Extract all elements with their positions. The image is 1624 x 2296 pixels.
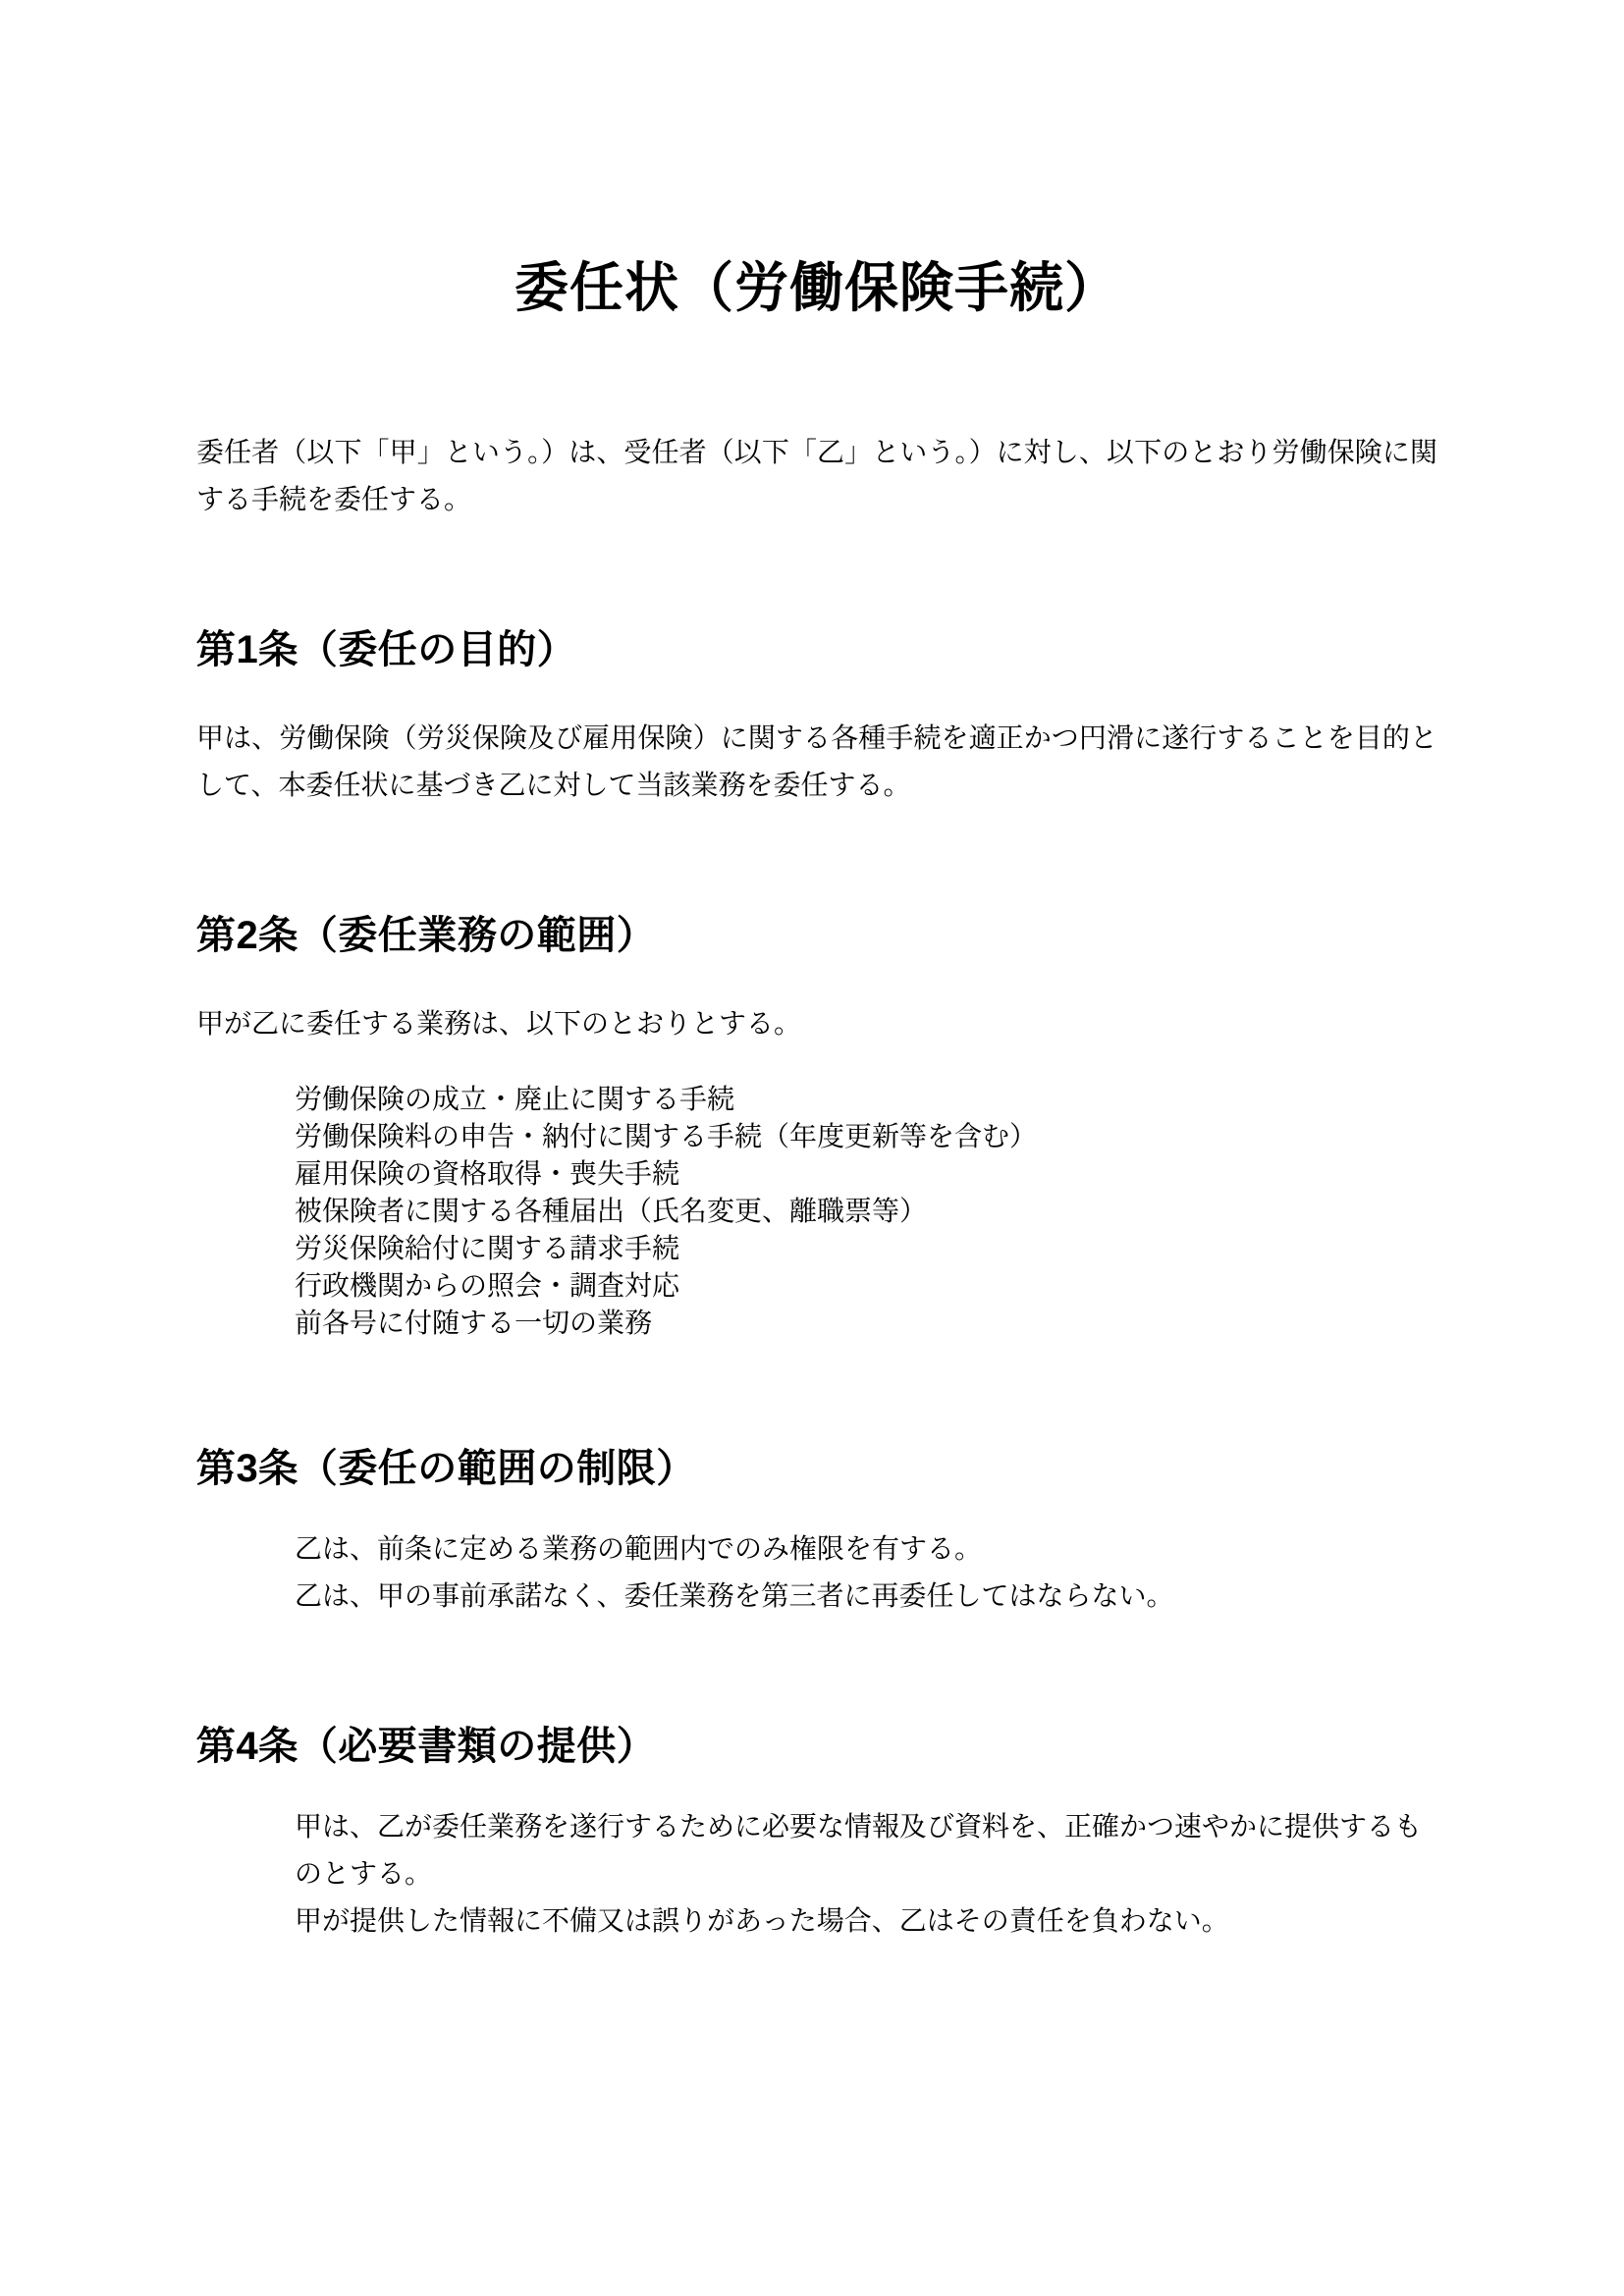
list-item: 乙は、前条に定める業務の範囲内でのみ権限を有する。 [295, 1525, 1437, 1573]
article-2-paragraph: 甲が乙に委任する業務は、以下のとおりとする。 [196, 1000, 1437, 1047]
list-item: 甲が提供した情報に不備又は誤りがあった場合、乙はその責任を負わない。 [295, 1897, 1437, 1945]
section-article-1: 第1条（委任の目的） 甲は、労働保険（労災保険及び雇用保険）に関する各種手続を適… [196, 626, 1437, 809]
list-item: 労働保険料の申告・納付に関する手続（年度更新等を含む） [295, 1118, 1437, 1155]
article-1-paragraph: 甲は、労働保険（労災保険及び雇用保険）に関する各種手続を適正かつ円滑に遂行するこ… [196, 715, 1437, 809]
article-2-item-list: 労働保険の成立・廃止に関する手続 労働保険料の申告・納付に関する手続（年度更新等… [295, 1081, 1437, 1342]
list-item: 行政機関からの照会・調査対応 [295, 1267, 1437, 1305]
list-item: 被保険者に関する各種届出（氏名変更、離職票等） [295, 1193, 1437, 1230]
section-article-4: 第4条（必要書類の提供） 甲は、乙が委任業務を遂行するために必要な情報及び資料を… [196, 1723, 1437, 1945]
document-title: 委任状（労働保険手続） [196, 250, 1437, 326]
list-item: 前各号に付随する一切の業務 [295, 1305, 1437, 1342]
article-4-item-list: 甲は、乙が委任業務を遂行するために必要な情報及び資料を、正確かつ速やかに提供する… [295, 1803, 1437, 1945]
article-4-heading: 第4条（必要書類の提供） [196, 1723, 1437, 1770]
article-1-heading: 第1条（委任の目的） [196, 626, 1437, 673]
section-article-2: 第2条（委任業務の範囲） 甲が乙に委任する業務は、以下のとおりとする。 労働保険… [196, 912, 1437, 1342]
list-item: 甲は、乙が委任業務を遂行するために必要な情報及び資料を、正確かつ速やかに提供する… [295, 1803, 1437, 1897]
document-page: 委任状（労働保険手続） 委任者（以下「甲」という。）は、受任者（以下「乙」という… [0, 0, 1624, 2296]
article-3-item-list: 乙は、前条に定める業務の範囲内でのみ権限を有する。 乙は、甲の事前承諾なく、委任… [295, 1525, 1437, 1620]
intro-paragraph: 委任者（以下「甲」という。）は、受任者（以下「乙」という。）に対し、以下のとおり… [196, 429, 1437, 523]
list-item: 乙は、甲の事前承諾なく、委任業務を第三者に再委任してはならない。 [295, 1573, 1437, 1620]
list-item: 労災保険給付に関する請求手続 [295, 1230, 1437, 1267]
list-item: 労働保険の成立・廃止に関する手続 [295, 1081, 1437, 1118]
section-article-3: 第3条（委任の範囲の制限） 乙は、前条に定める業務の範囲内でのみ権限を有する。 … [196, 1445, 1437, 1620]
list-item: 雇用保険の資格取得・喪失手続 [295, 1155, 1437, 1193]
article-3-heading: 第3条（委任の範囲の制限） [196, 1445, 1437, 1492]
article-2-heading: 第2条（委任業務の範囲） [196, 912, 1437, 959]
